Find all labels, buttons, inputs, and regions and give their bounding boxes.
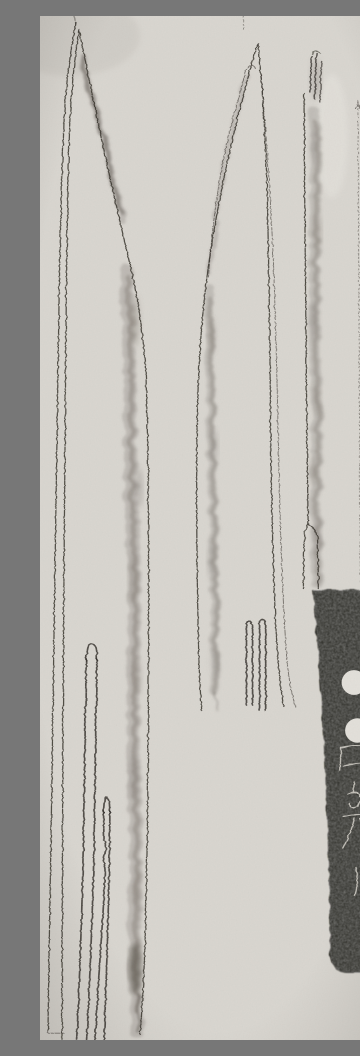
oshigata-artwork: [40, 16, 360, 1040]
oshigata-scan-page: [40, 16, 360, 1040]
vignette: [40, 16, 360, 1040]
